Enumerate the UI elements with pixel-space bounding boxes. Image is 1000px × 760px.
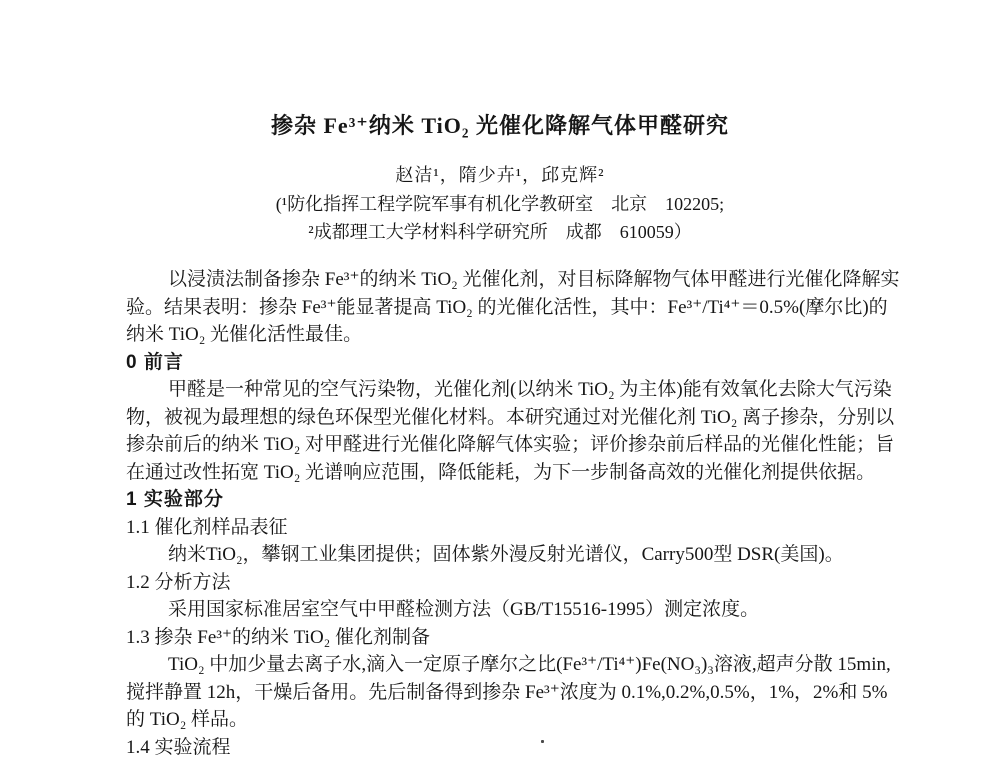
body-text: 以浸渍法制备掺杂 Fe³⁺的纳米 TiO₂ 光催化剂，对目标降解物气体甲醛进行光… [126, 266, 916, 760]
abstract-line: 以浸渍法制备掺杂 Fe³⁺的纳米 TiO₂ 光催化剂，对目标降解物气体甲醛进行光… [126, 266, 916, 294]
paragraph-line: 纳米TiO₂，攀钢工业集团提供；固体紫外漫反射光谱仪，Carry500型 DSR… [126, 541, 916, 569]
section-heading-0: 0 前言 [126, 349, 916, 377]
affiliation-line-2: ²成都理工大学材料科学研究所 成都 610059） [0, 218, 1000, 244]
section-heading-1: 1 实验部分 [126, 486, 916, 514]
subsection-heading-1-1: 1.1 催化剂样品表征 [126, 514, 916, 542]
paragraph-line: 采用国家标准居室空气中甲醛检测方法（GB/T15516-1995）测定浓度。 [126, 596, 916, 624]
affiliation-line-1: (¹防化指挥工程学院军事有机化学教研室 北京 102205; [0, 190, 1000, 216]
abstract-line: 验。结果表明：掺杂 Fe³⁺能显著提高 TiO₂ 的光催化活性，其中：Fe³⁺/… [126, 294, 916, 322]
ink-speck [541, 740, 544, 743]
paragraph-line: 搅拌静置 12h，干燥后备用。先后制备得到掺杂 Fe³⁺浓度为 0.1%,0.2… [126, 679, 916, 707]
subsection-heading-1-3: 1.3 掺杂 Fe³⁺的纳米 TiO₂ 催化剂制备 [126, 624, 916, 652]
subsection-heading-1-4: 1.4 实验流程 [126, 734, 916, 760]
paragraph-line: TiO₂ 中加少量去离子水,滴入一定原子摩尔之比(Fe³⁺/Ti⁴⁺)Fe(NO… [126, 651, 916, 679]
authors-line: 赵洁¹，隋少卉¹，邱克辉² [0, 161, 1000, 187]
abstract-line: 纳米 TiO₂ 光催化活性最佳。 [126, 321, 916, 349]
paragraph-line: 甲醛是一种常见的空气污染物，光催化剂(以纳米 TiO₂ 为主体)能有效氧化去除大… [126, 376, 916, 404]
paragraph-line: 在通过改性拓宽 TiO₂ 光谱响应范围，降低能耗，为下一步制备高效的光催化剂提供… [126, 459, 916, 487]
paper-title: 掺杂 Fe³⁺纳米 TiO₂ 光催化降解气体甲醛研究 [0, 109, 1000, 140]
subsection-heading-1-2: 1.2 分析方法 [126, 569, 916, 597]
paragraph-line: 掺杂前后的纳米 TiO₂ 对甲醛进行光催化降解气体实验；评价掺杂前后样品的光催化… [126, 431, 916, 459]
paragraph-line: 的 TiO₂ 样品。 [126, 706, 916, 734]
paragraph-line: 物，被视为最理想的绿色环保型光催化材料。本研究通过对光催化剂 TiO₂ 离子掺杂… [126, 404, 916, 432]
scanned-paper-page: 掺杂 Fe³⁺纳米 TiO₂ 光催化降解气体甲醛研究 赵洁¹，隋少卉¹，邱克辉²… [0, 0, 1000, 760]
